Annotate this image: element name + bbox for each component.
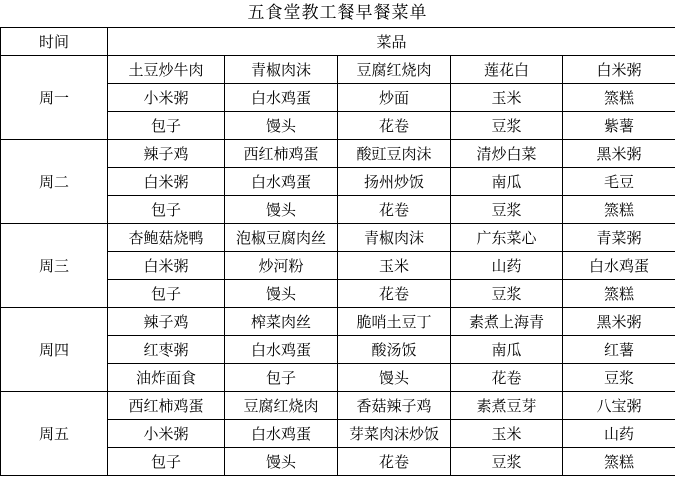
dish-cell-day1-r1-c1: 土豆炒牛肉: [108, 56, 225, 84]
dish-cell-day1-r3-c4: 豆浆: [451, 112, 563, 140]
dish-cell-day4-r3-c2: 包子: [225, 364, 338, 392]
dish-cell-day1-r1-c5: 白米粥: [563, 56, 675, 84]
header-time: 时间: [1, 28, 108, 56]
dish-cell-day2-r3-c1: 包子: [108, 196, 225, 224]
dish-cell-day3-r3-c4: 豆浆: [451, 280, 563, 308]
dish-cell-day3-r3-c5: 篜糕: [563, 280, 675, 308]
menu-row-day1-line1: 周一土豆炒牛肉青椒肉沫豆腐红烧肉莲花白白米粥: [1, 56, 675, 84]
dish-cell-day5-r2-c5: 山药: [563, 420, 675, 448]
dish-cell-day2-r2-c1: 白米粥: [108, 168, 225, 196]
dish-cell-day3-r1-c2: 泡椒豆腐肉丝: [225, 224, 338, 252]
header-row: 时间 菜品: [1, 28, 675, 56]
dish-cell-day1-r2-c5: 篜糕: [563, 84, 675, 112]
day-label-5: 周五: [1, 392, 108, 476]
dish-cell-day2-r1-c4: 清炒白菜: [451, 140, 563, 168]
dish-cell-day3-r1-c5: 青菜粥: [563, 224, 675, 252]
dish-cell-day1-r3-c1: 包子: [108, 112, 225, 140]
dish-cell-day3-r1-c3: 青椒肉沫: [338, 224, 451, 252]
dish-cell-day4-r1-c2: 榨菜肉丝: [225, 308, 338, 336]
dish-cell-day5-r3-c5: 篜糕: [563, 448, 675, 476]
dish-cell-day5-r2-c3: 芽菜肉沫炒饭: [338, 420, 451, 448]
dish-cell-day3-r1-c1: 杏鲍菇烧鸭: [108, 224, 225, 252]
dish-cell-day1-r3-c2: 馒头: [225, 112, 338, 140]
dish-cell-day4-r2-c5: 红薯: [563, 336, 675, 364]
dish-cell-day5-r2-c1: 小米粥: [108, 420, 225, 448]
dish-cell-day4-r3-c4: 花卷: [451, 364, 563, 392]
dish-cell-day5-r1-c2: 豆腐红烧肉: [225, 392, 338, 420]
dish-cell-day2-r3-c4: 豆浆: [451, 196, 563, 224]
dish-cell-day4-r1-c4: 素煮上海青: [451, 308, 563, 336]
dish-cell-day1-r3-c3: 花卷: [338, 112, 451, 140]
dish-cell-day5-r1-c4: 素煮豆芽: [451, 392, 563, 420]
day-label-3: 周三: [1, 224, 108, 308]
dish-cell-day2-r2-c2: 白水鸡蛋: [225, 168, 338, 196]
dish-cell-day2-r1-c5: 黑米粥: [563, 140, 675, 168]
dish-cell-day2-r1-c3: 酸豇豆肉沫: [338, 140, 451, 168]
dish-cell-day1-r2-c1: 小米粥: [108, 84, 225, 112]
day-label-4: 周四: [1, 308, 108, 392]
dish-cell-day5-r1-c3: 香菇辣子鸡: [338, 392, 451, 420]
dish-cell-day3-r2-c4: 山药: [451, 252, 563, 280]
dish-cell-day1-r1-c4: 莲花白: [451, 56, 563, 84]
dish-cell-day3-r3-c1: 包子: [108, 280, 225, 308]
dish-cell-day2-r3-c3: 花卷: [338, 196, 451, 224]
dish-cell-day3-r1-c4: 广东菜心: [451, 224, 563, 252]
dish-cell-day2-r2-c3: 扬州炒饭: [338, 168, 451, 196]
dish-cell-day4-r3-c3: 馒头: [338, 364, 451, 392]
dish-cell-day5-r2-c2: 白水鸡蛋: [225, 420, 338, 448]
dish-cell-day1-r2-c4: 玉米: [451, 84, 563, 112]
menu-table-body: 周一土豆炒牛肉青椒肉沫豆腐红烧肉莲花白白米粥小米粥白水鸡蛋炒面玉米篜糕包子馒头花…: [1, 56, 675, 476]
dish-cell-day1-r2-c3: 炒面: [338, 84, 451, 112]
dish-cell-day1-r2-c2: 白水鸡蛋: [225, 84, 338, 112]
dish-cell-day4-r2-c4: 南瓜: [451, 336, 563, 364]
dish-cell-day5-r3-c2: 馒头: [225, 448, 338, 476]
dish-cell-day4-r3-c1: 油炸面食: [108, 364, 225, 392]
dish-cell-day2-r3-c5: 篜糕: [563, 196, 675, 224]
dish-cell-day3-r2-c2: 炒河粉: [225, 252, 338, 280]
dish-cell-day5-r2-c4: 玉米: [451, 420, 563, 448]
dish-cell-day1-r3-c5: 紫薯: [563, 112, 675, 140]
dish-cell-day3-r2-c3: 玉米: [338, 252, 451, 280]
dish-cell-day5-r1-c5: 八宝粥: [563, 392, 675, 420]
dish-cell-day2-r1-c2: 西红柿鸡蛋: [225, 140, 338, 168]
dish-cell-day3-r3-c3: 花卷: [338, 280, 451, 308]
dish-cell-day4-r2-c1: 红枣粥: [108, 336, 225, 364]
menu-row-day5-line1: 周五西红柿鸡蛋豆腐红烧肉香菇辣子鸡素煮豆芽八宝粥: [1, 392, 675, 420]
dish-cell-day1-r1-c2: 青椒肉沫: [225, 56, 338, 84]
dish-cell-day4-r2-c3: 酸汤饭: [338, 336, 451, 364]
dish-cell-day4-r1-c1: 辣子鸡: [108, 308, 225, 336]
dish-cell-day3-r2-c1: 白米粥: [108, 252, 225, 280]
day-label-2: 周二: [1, 140, 108, 224]
dish-cell-day3-r3-c2: 馒头: [225, 280, 338, 308]
dish-cell-day3-r2-c5: 白水鸡蛋: [563, 252, 675, 280]
dish-cell-day2-r1-c1: 辣子鸡: [108, 140, 225, 168]
dish-cell-day5-r1-c1: 西红柿鸡蛋: [108, 392, 225, 420]
dish-cell-day2-r3-c2: 馒头: [225, 196, 338, 224]
breakfast-menu-document: 五食堂教工餐早餐菜单 时间 菜品 周一土豆炒牛肉青椒肉沫豆腐红烧肉莲花白白米粥小…: [0, 0, 675, 478]
dish-cell-day5-r3-c4: 豆浆: [451, 448, 563, 476]
menu-row-day4-line1: 周四辣子鸡榨菜肉丝脆哨土豆丁素煮上海青黑米粥: [1, 308, 675, 336]
page-title: 五食堂教工餐早餐菜单: [0, 0, 675, 27]
menu-table: 时间 菜品 周一土豆炒牛肉青椒肉沫豆腐红烧肉莲花白白米粥小米粥白水鸡蛋炒面玉米篜…: [0, 27, 675, 476]
dish-cell-day4-r2-c2: 白水鸡蛋: [225, 336, 338, 364]
day-label-1: 周一: [1, 56, 108, 140]
dish-cell-day2-r2-c4: 南瓜: [451, 168, 563, 196]
menu-row-day2-line1: 周二辣子鸡西红柿鸡蛋酸豇豆肉沫清炒白菜黑米粥: [1, 140, 675, 168]
dish-cell-day4-r3-c5: 豆浆: [563, 364, 675, 392]
dish-cell-day1-r1-c3: 豆腐红烧肉: [338, 56, 451, 84]
menu-row-day3-line1: 周三杏鲍菇烧鸭泡椒豆腐肉丝青椒肉沫广东菜心青菜粥: [1, 224, 675, 252]
dish-cell-day5-r3-c3: 花卷: [338, 448, 451, 476]
dish-cell-day4-r1-c3: 脆哨土豆丁: [338, 308, 451, 336]
dish-cell-day5-r3-c1: 包子: [108, 448, 225, 476]
dish-cell-day2-r2-c5: 毛豆: [563, 168, 675, 196]
header-dishes: 菜品: [108, 28, 675, 56]
dish-cell-day4-r1-c5: 黑米粥: [563, 308, 675, 336]
